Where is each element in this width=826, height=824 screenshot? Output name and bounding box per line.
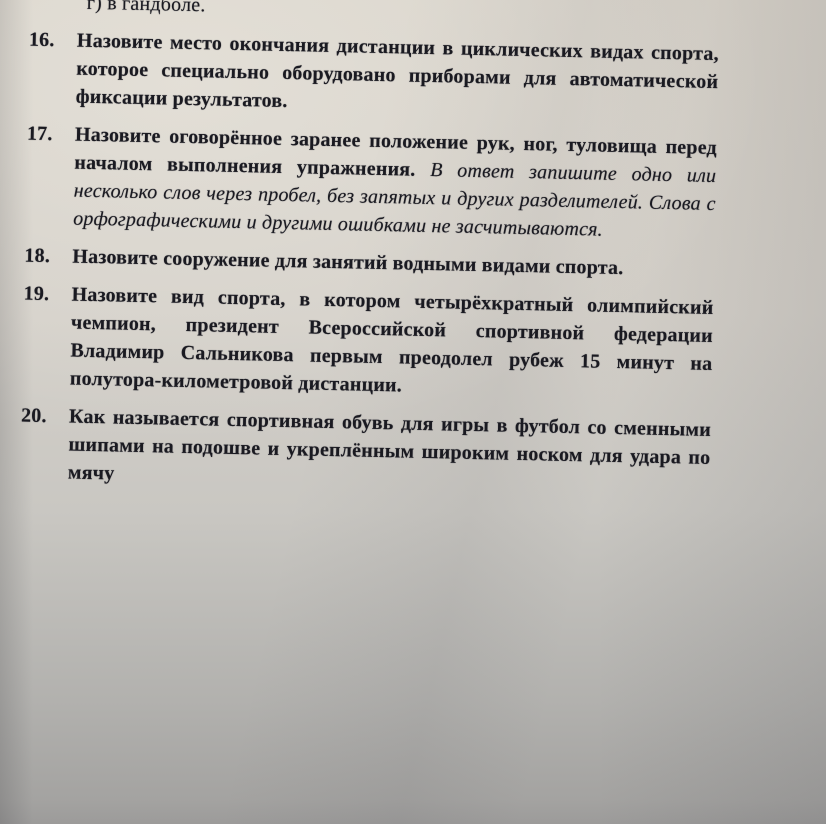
question-19-text: Назовите вид спорта, в котором четырёхкр… — [70, 284, 714, 397]
question-number: 18. — [24, 242, 73, 271]
question-19: 19. Назовите вид спорта, в котором четыр… — [22, 280, 764, 407]
question-number: 20. — [20, 402, 70, 487]
question-text: Как называется спортивная обувь для игры… — [68, 403, 712, 500]
question-18-text: Назовите сооружение для занятий водными … — [72, 246, 623, 280]
question-16: 16. Назовите место окончания дистанции в… — [27, 26, 769, 125]
document-photo: г) в гандболе. 16. Назовите место оконча… — [0, 0, 826, 824]
answer-option-text: г) в гандболе. — [86, 0, 205, 16]
question-text: Назовите сооружение для занятий водными … — [72, 243, 714, 284]
question-text: Назовите вид спорта, в котором четырёхкр… — [70, 281, 714, 406]
question-18: 18. Назовите сооружение для занятий водн… — [24, 242, 764, 285]
question-17: 17. Назовите оговорённое заранее положен… — [25, 120, 767, 247]
question-number: 19. — [22, 280, 72, 393]
question-20-text: Как называется спортивная обувь для игры… — [68, 406, 711, 485]
question-text: Назовите оговорённое заранее положение р… — [73, 121, 717, 246]
question-20: 20. Как называется спортивная обувь для … — [20, 402, 762, 501]
question-number: 17. — [25, 120, 75, 233]
answer-option-line: г) в гандболе. — [29, 0, 769, 29]
question-number: 16. — [27, 26, 77, 111]
page-content: г) в гандболе. 16. Назовите место оконча… — [0, 0, 770, 501]
question-16-text: Назовите место окончания дистанции в цик… — [76, 30, 719, 112]
question-text: Назовите место окончания дистанции в цик… — [75, 27, 719, 124]
